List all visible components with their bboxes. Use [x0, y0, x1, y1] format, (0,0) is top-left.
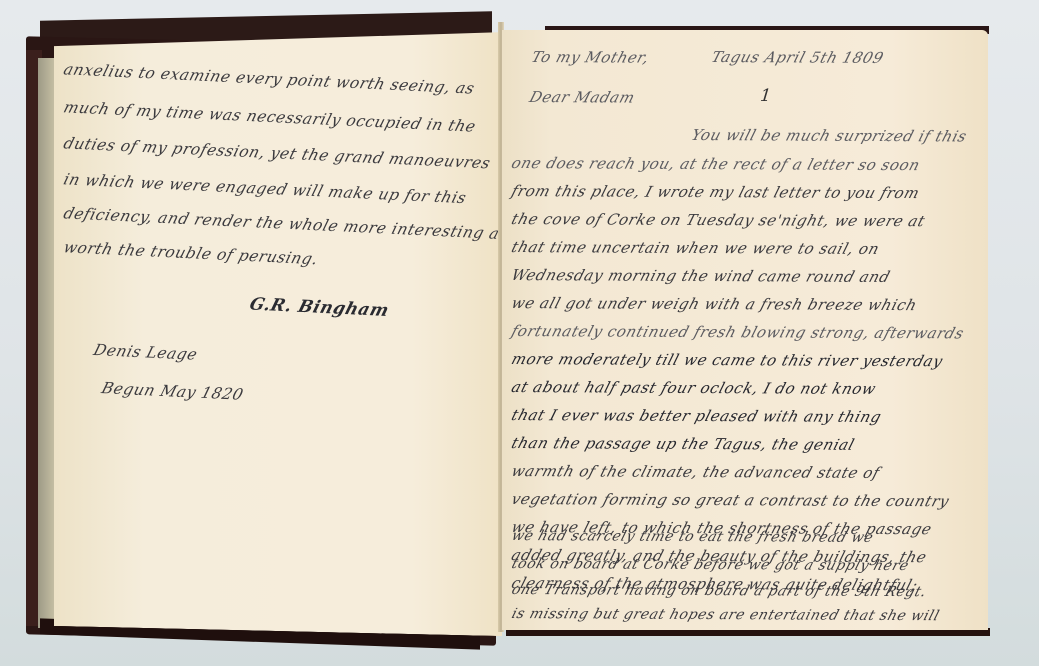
text-line: Wednesday morning the wind came round an…	[509, 266, 892, 286]
text-line: duties of my profession, yet the grand m…	[62, 134, 493, 172]
text-line: more moderately till we came to this riv…	[509, 350, 945, 370]
text-line: fortunately continued fresh blowing stro…	[509, 322, 966, 342]
text-line: we had scarcely time to eat the fresh br…	[510, 528, 876, 546]
text-line: worth the trouble of perusing.	[62, 238, 321, 268]
letter-date: Tagus April 5th 1809	[709, 48, 886, 67]
footer-line: Denis Leage	[92, 341, 200, 364]
text-line: warmth of the climate, the advanced stat…	[509, 462, 882, 482]
text-line: is missing but great hopes are entertain…	[510, 606, 942, 624]
text-line: You will be much surprized if this	[689, 126, 969, 145]
text-line: anxelius to examine every point worth se…	[62, 60, 477, 97]
text-line: the cove of Corke on Tuesday se'night, w…	[509, 210, 927, 230]
text-line: much of my time was necessarily occupied…	[62, 98, 478, 135]
signature: G.R. Bingham	[247, 295, 391, 321]
page-number: 1	[757, 86, 774, 106]
text-line: at about half past four oclock, I do not…	[509, 378, 878, 398]
text-line: deficiency, and render the whole more in…	[62, 204, 502, 243]
text-line: from this place, I wrote my last letter …	[509, 182, 921, 202]
text-line: than the passage up the Tagus, the genia…	[509, 434, 857, 454]
text-line: vegetation forming so great a contrast t…	[509, 490, 951, 510]
text-line: we all got under weigh with a fresh bree…	[509, 294, 919, 314]
letter-salutation: Dear Madam	[527, 88, 637, 107]
text-line: in which we were engaged will make up fo…	[62, 170, 469, 207]
text-line: one does reach you, at the rect of a let…	[509, 154, 922, 174]
book-photo: anxelius to examine every point worth se…	[0, 0, 1039, 666]
page-edge-strip	[38, 58, 56, 628]
left-page: anxelius to examine every point worth se…	[54, 22, 502, 636]
footer-line: Begun May 1820	[100, 379, 246, 404]
letter-recipient: To my Mother,	[529, 48, 651, 67]
text-line: one Transport having on board a part of …	[510, 582, 929, 600]
text-line: that time uncertain when we were to sail…	[509, 238, 881, 258]
text-line: that I ever was better pleased with any …	[509, 406, 883, 426]
text-line: took on board at Corke before we got a s…	[510, 556, 911, 574]
